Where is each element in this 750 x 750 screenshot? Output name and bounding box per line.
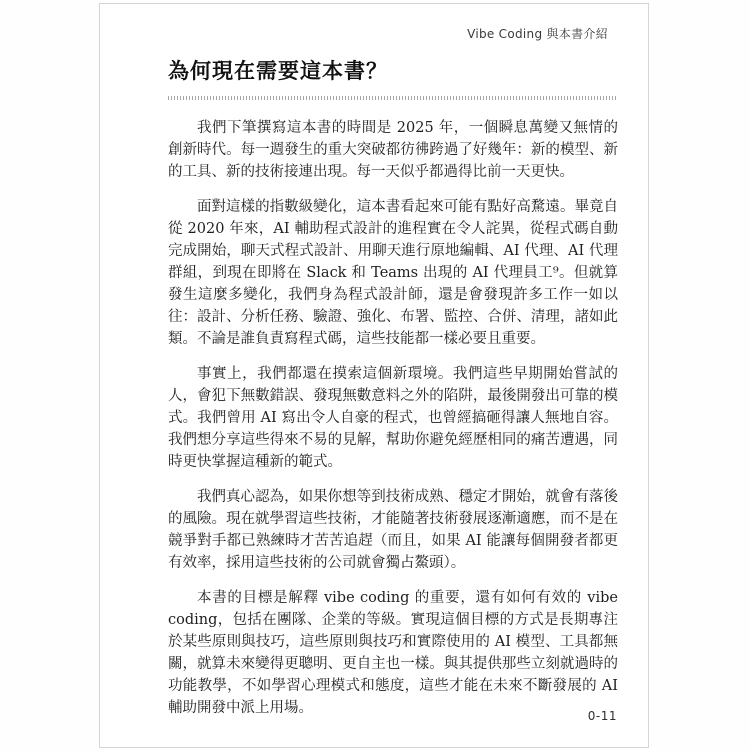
- book-page: Vibe Coding 與本書介紹 為何現在需要這本書？ 我們下筆撰寫這本書的時…: [99, 3, 649, 748]
- section-title: 為何現在需要這本書？: [168, 60, 618, 82]
- body-text: 我們下筆撰寫這本書的時間是 2025 年，一個瞬息萬變又無情的創新時代。每一週發…: [168, 117, 618, 719]
- paragraph-1: 我們下筆撰寫這本書的時間是 2025 年，一個瞬息萬變又無情的創新時代。每一週發…: [168, 117, 618, 183]
- paragraph-5: 本書的目標是解釋 vibe coding 的重要，還有如何有效的 vibe co…: [168, 587, 618, 719]
- scanned-page-canvas: Vibe Coding 與本書介紹 為何現在需要這本書？ 我們下筆撰寫這本書的時…: [0, 0, 750, 750]
- page-number: 0-11: [588, 709, 617, 723]
- paragraph-2: 面對這樣的指數級變化，這本書看起來可能有點好高騖遠。畢竟自從 2020 年來，A…: [168, 196, 618, 350]
- running-header: Vibe Coding 與本書介紹: [168, 28, 618, 40]
- paragraph-4: 我們真心認為，如果你想等到技術成熟、穩定才開始，就會有落後的風險。現在就學習這些…: [168, 486, 618, 574]
- paragraph-3: 事實上，我們都還在摸索這個新環境。我們這些早期開始嘗試的人，會犯下無數錯誤、發現…: [168, 363, 618, 473]
- title-hatched-rule: [168, 96, 618, 100]
